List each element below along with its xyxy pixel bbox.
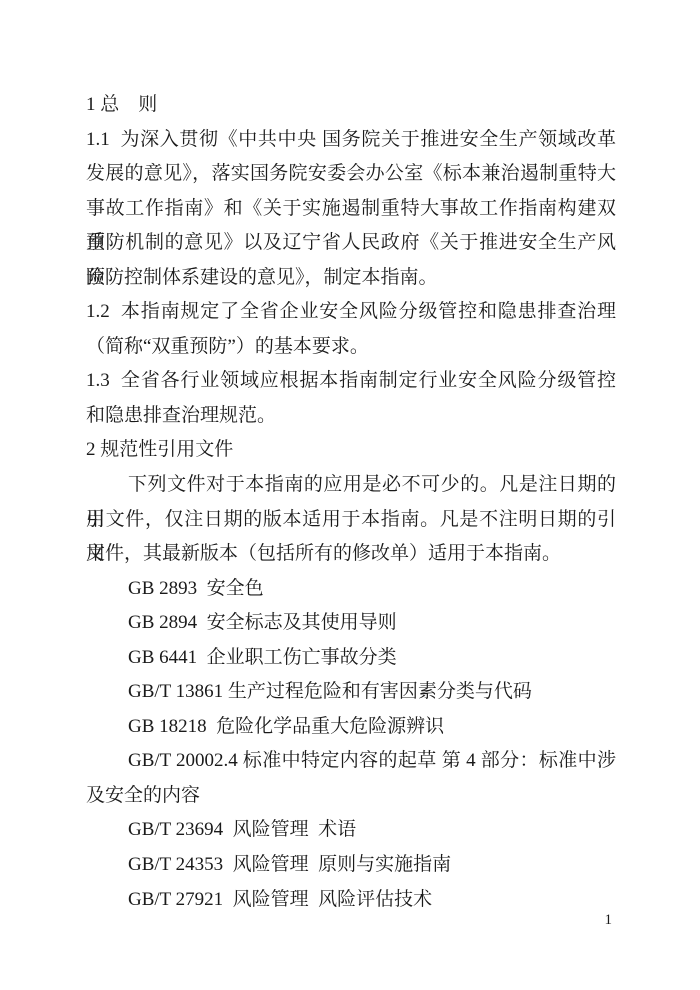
page-number: 1 <box>605 910 613 930</box>
document-line: GB/T 20002.4 标准中特定内容的起草 第 4 部分：标准中涉 <box>86 744 616 779</box>
document-line: GB/T 24353 风险管理 原则与实施指南 <box>86 848 616 883</box>
document-line: GB 6441 企业职工伤亡事故分类 <box>86 641 616 676</box>
document-line: 下列文件对于本指南的应用是必不可少的。凡是注日期的引 <box>86 468 616 503</box>
document-line: 用文件，仅注日期的版本适用于本指南。凡是不注明日期的引用 <box>86 503 616 538</box>
document-body: 1 总 则1.1 为深入贯彻《中共中央 国务院关于推进安全生产领域改革发展的意见… <box>86 88 616 917</box>
document-line: 1.2 本指南规定了全省企业安全风险分级管控和隐患排查治理 <box>86 295 616 330</box>
document-line: GB/T 27921 风险管理 风险评估技术 <box>86 883 616 918</box>
document-line: 1.3 全省各行业领域应根据本指南制定行业安全风险分级管控 <box>86 364 616 399</box>
document-line: 和隐患排查治理规范。 <box>86 399 616 434</box>
section-heading: 2 规范性引用文件 <box>86 433 616 468</box>
document-line: 文件，其最新版本（包括所有的修改单）适用于本指南。 <box>86 537 616 572</box>
document-line: GB 2893 安全色 <box>86 572 616 607</box>
document-line: GB/T 23694 风险管理 术语 <box>86 813 616 848</box>
document-line: GB/T 13861 生产过程危险和有害因素分类与代码 <box>86 675 616 710</box>
document-line: 1.1 为深入贯彻《中共中央 国务院关于推进安全生产领域改革 <box>86 123 616 158</box>
document-line: 预防机制的意见》以及辽宁省人民政府《关于推进安全生产风险 <box>86 226 616 261</box>
document-line: 事故工作指南》和《关于实施遏制重特大事故工作指南构建双重 <box>86 192 616 227</box>
document-line: 预防控制体系建设的意见》，制定本指南。 <box>86 261 616 296</box>
section-heading: 1 总 则 <box>86 88 616 123</box>
document-line: （简称“双重预防”）的基本要求。 <box>86 330 616 365</box>
document-line: GB 18218 危险化学品重大危险源辨识 <box>86 710 616 745</box>
document-line: 发展的意见》，落实国务院安委会办公室《标本兼治遏制重特大 <box>86 157 616 192</box>
document-line: GB 2894 安全标志及其使用导则 <box>86 606 616 641</box>
document-line: 及安全的内容 <box>86 779 616 814</box>
document-page: 1 总 则1.1 为深入贯彻《中共中央 国务院关于推进安全生产领域改革发展的意见… <box>0 0 700 990</box>
